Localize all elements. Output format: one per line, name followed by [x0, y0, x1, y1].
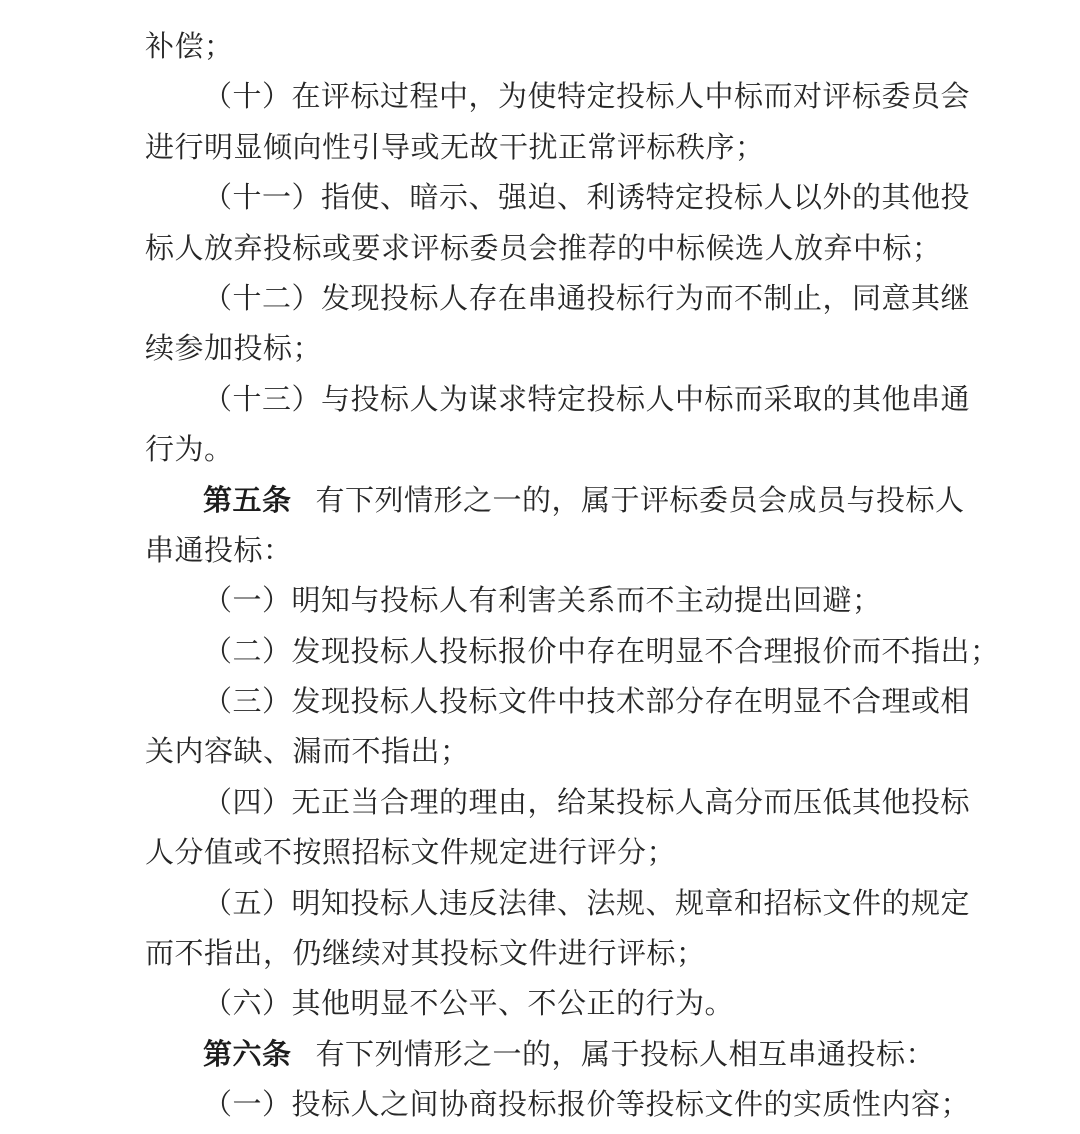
text-line: 第六条有下列情形之一的，属于投标人相互串通投标：	[145, 1030, 970, 1080]
line-text: 补偿；	[145, 31, 234, 63]
text-line: （五）明知投标人违反法律、法规、规章和招标文件的规定	[145, 879, 970, 929]
line-text: 串通投标：	[145, 535, 293, 567]
text-line: （一）明知与投标人有利害关系而不主动提出回避；	[145, 576, 970, 626]
text-line: 而不指出，仍继续对其投标文件进行评标；	[145, 929, 970, 979]
text-line: （十）在评标过程中，为使特定投标人中标而对评标委员会	[145, 72, 970, 122]
line-text: 标人放弃投标或要求评标委员会推荐的中标候选人放弃中标；	[145, 233, 942, 265]
line-text: 有下列情形之一的，属于评标委员会成员与投标人	[316, 485, 965, 517]
line-text: （一）投标人之间协商投标报价等投标文件的实质性内容；	[203, 1089, 970, 1121]
line-text: 续参加投标；	[145, 333, 322, 365]
line-text: （一）明知与投标人有利害关系而不主动提出回避；	[203, 585, 882, 617]
text-line: 人分值或不按照招标文件规定进行评分；	[145, 828, 970, 878]
text-line: 串通投标：	[145, 526, 970, 576]
line-text: （二）发现投标人投标报价中存在明显不合理报价而不指出；	[203, 636, 1000, 668]
line-text: 而不指出，仍继续对其投标文件进行评标；	[145, 938, 706, 970]
line-text: （六）其他明显不公平、不公正的行为。	[203, 988, 734, 1020]
line-text: 进行明显倾向性引导或无故干扰正常评标秩序；	[145, 132, 765, 164]
text-line: 续参加投标；	[145, 324, 970, 374]
text-line: 行为。	[145, 425, 970, 475]
line-text: （十一）指使、暗示、强迫、利诱特定投标人以外的其他投	[203, 182, 970, 214]
line-text: （十）在评标过程中，为使特定投标人中标而对评标委员会	[203, 81, 970, 113]
text-line: （六）其他明显不公平、不公正的行为。	[145, 979, 970, 1029]
text-line: （一）投标人之间协商投标报价等投标文件的实质性内容；	[145, 1080, 970, 1130]
text-line: 关内容缺、漏而不指出；	[145, 727, 970, 777]
line-text: （三）发现投标人投标文件中技术部分存在明显不合理或相	[203, 686, 970, 718]
line-text: 关内容缺、漏而不指出；	[145, 736, 470, 768]
article-number: 第五条	[203, 485, 292, 517]
line-text: （四）无正当合理的理由，给某投标人高分而压低其他投标	[203, 787, 970, 819]
document-page: 补偿；（十）在评标过程中，为使特定投标人中标而对评标委员会进行明显倾向性引导或无…	[0, 0, 1080, 1134]
line-text: 行为。	[145, 434, 234, 466]
line-text: 有下列情形之一的，属于投标人相互串通投标：	[316, 1039, 936, 1071]
article-number: 第六条	[203, 1039, 292, 1071]
text-line: （十三）与投标人为谋求特定投标人中标而采取的其他串通	[145, 375, 970, 425]
line-text: （五）明知投标人违反法律、法规、规章和招标文件的规定	[203, 888, 970, 920]
text-line: 补偿；	[145, 22, 970, 72]
line-text: （十二）发现投标人存在串通投标行为而不制止，同意其继	[203, 283, 970, 315]
text-line: （三）发现投标人投标文件中技术部分存在明显不合理或相	[145, 677, 970, 727]
text-line: （十二）发现投标人存在串通投标行为而不制止，同意其继	[145, 274, 970, 324]
document-body: 补偿；（十）在评标过程中，为使特定投标人中标而对评标委员会进行明显倾向性引导或无…	[0, 0, 1080, 1131]
text-line: （四）无正当合理的理由，给某投标人高分而压低其他投标	[145, 778, 970, 828]
text-line: （十一）指使、暗示、强迫、利诱特定投标人以外的其他投	[145, 173, 970, 223]
text-line: 标人放弃投标或要求评标委员会推荐的中标候选人放弃中标；	[145, 224, 970, 274]
line-text: （十三）与投标人为谋求特定投标人中标而采取的其他串通	[203, 384, 970, 416]
text-line: 第五条有下列情形之一的，属于评标委员会成员与投标人	[145, 476, 970, 526]
text-line: （二）发现投标人投标报价中存在明显不合理报价而不指出；	[145, 627, 970, 677]
text-line: 进行明显倾向性引导或无故干扰正常评标秩序；	[145, 123, 970, 173]
line-text: 人分值或不按照招标文件规定进行评分；	[145, 837, 676, 869]
